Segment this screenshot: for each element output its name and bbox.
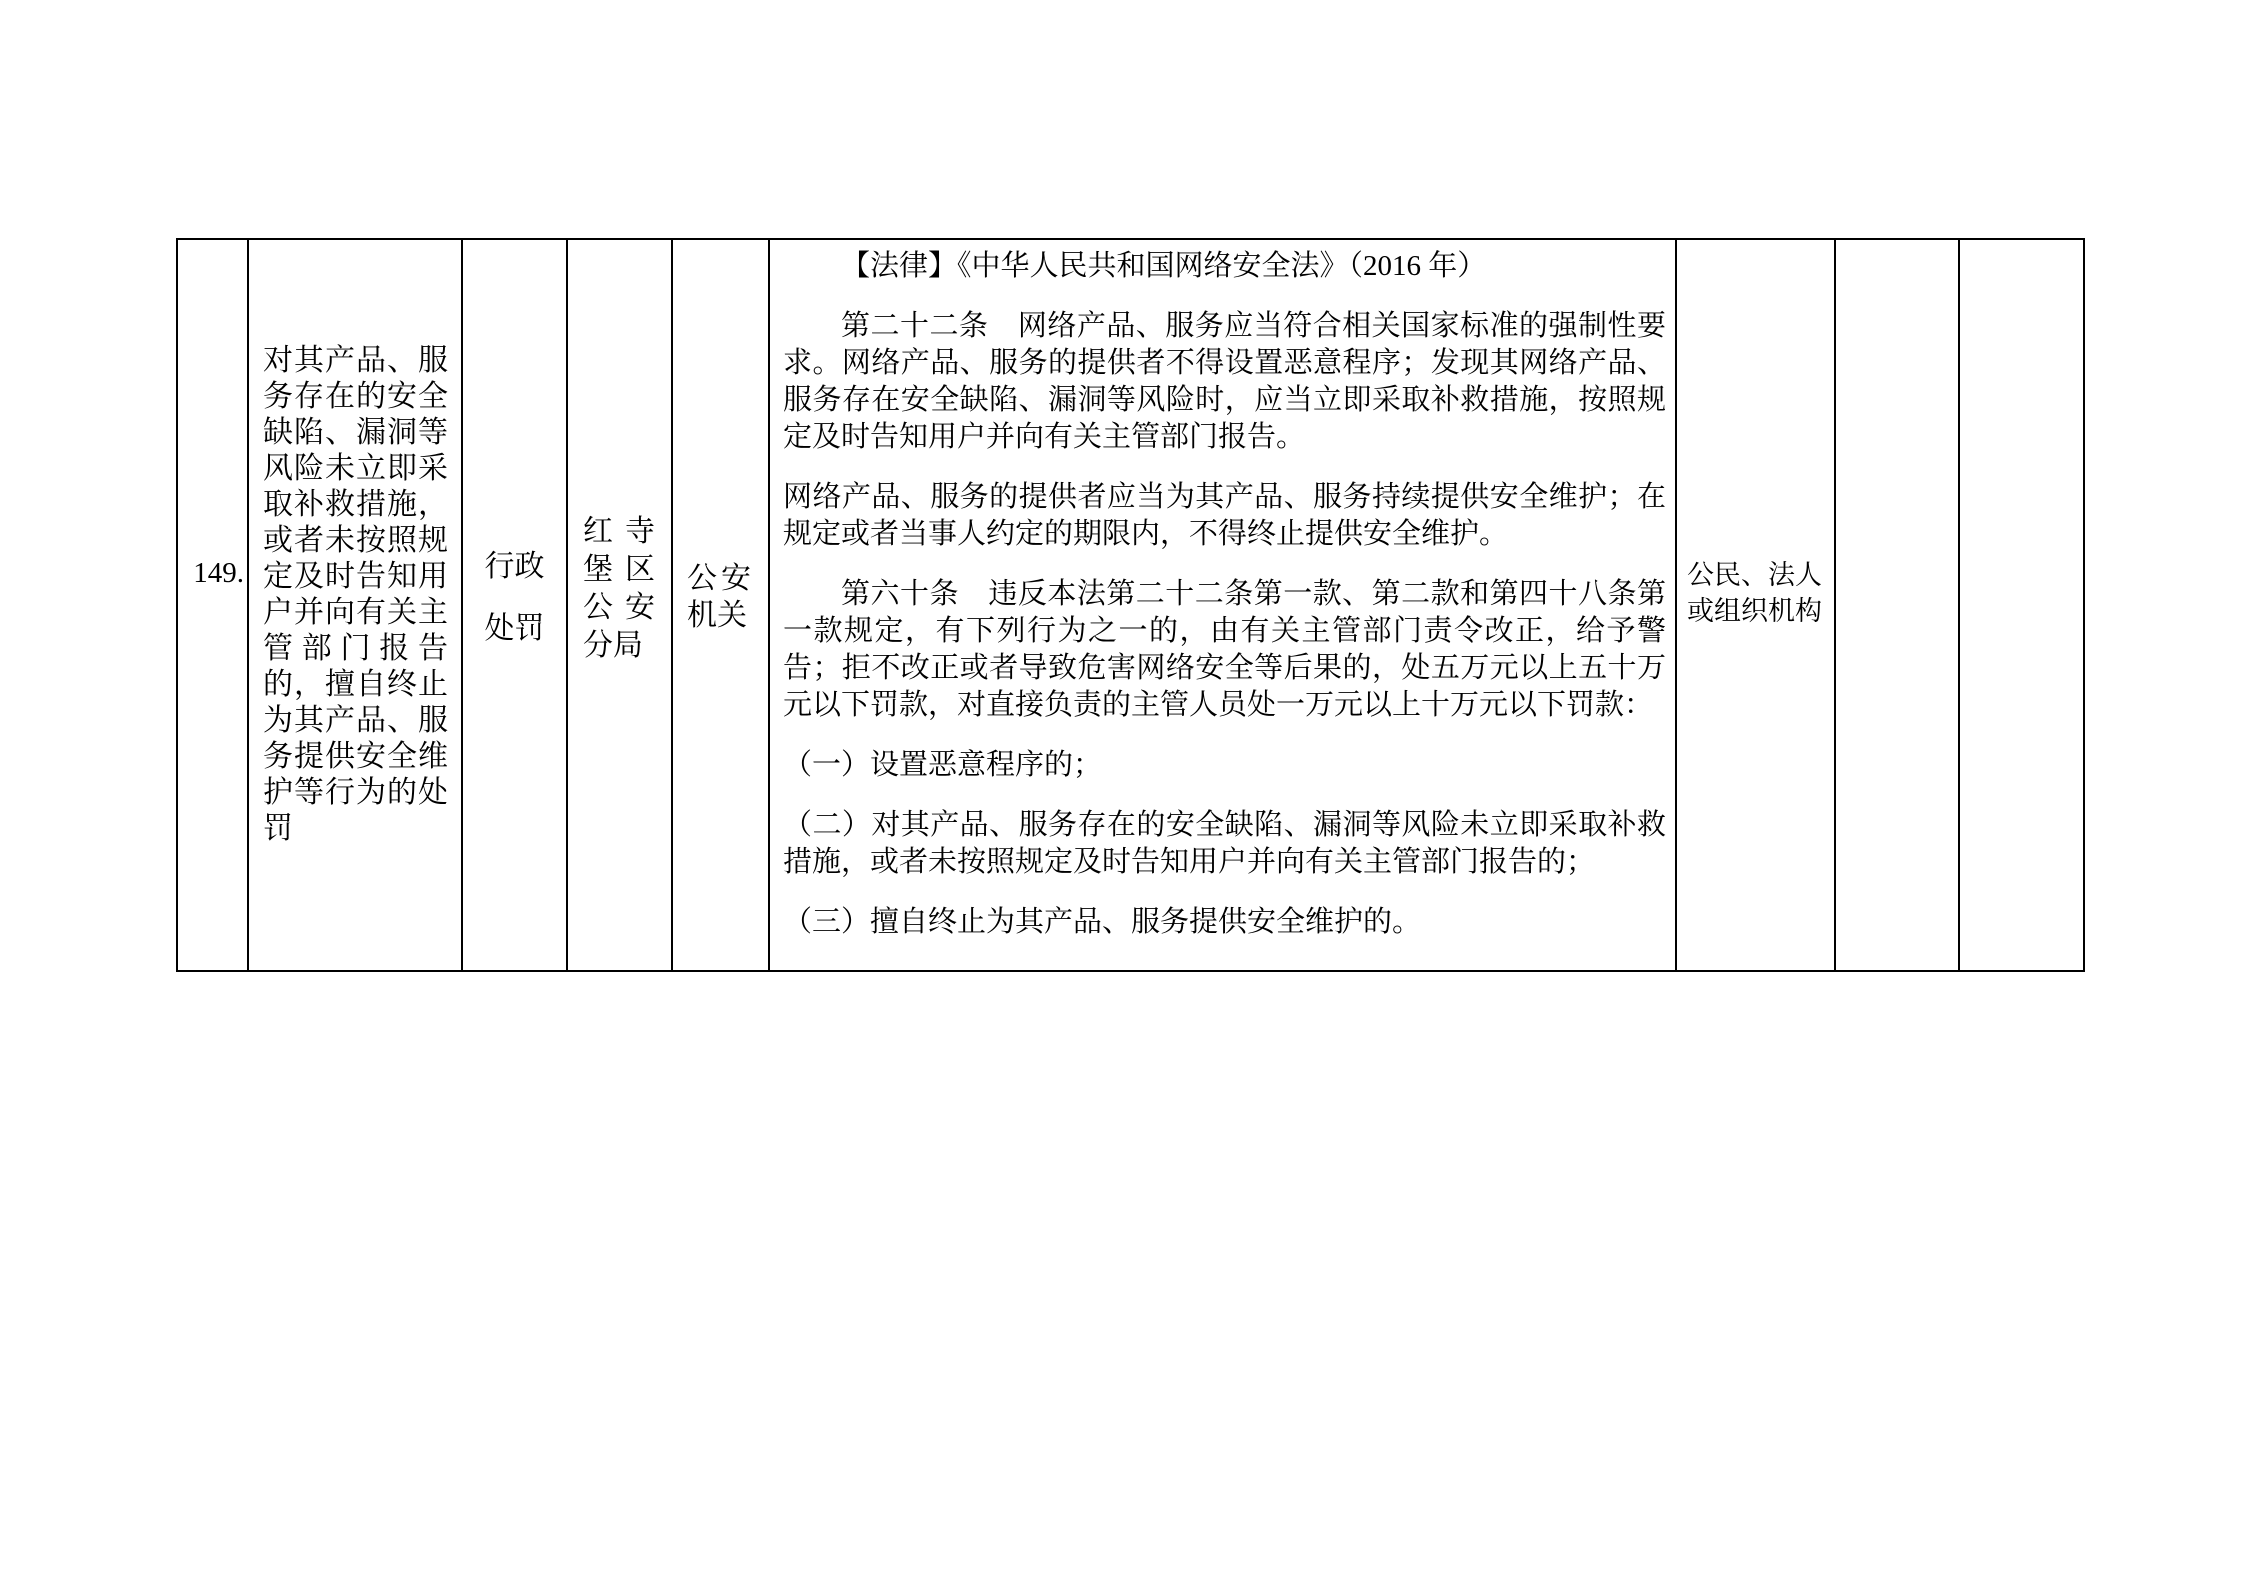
legal-basis-article-22: 第二十二条 网络产品、服务应当符合相关国家标准的强制性要求。网络产品、服务的提供… <box>783 308 1666 456</box>
implementing-agency-cell: 红寺堡区公安分局 <box>568 240 673 970</box>
legal-basis-item-3: （三）擅自终止为其产品、服务提供安全维护的。 <box>783 904 1666 941</box>
empty-cell-2 <box>1960 240 2083 970</box>
legal-basis-law-title: 【法律】《中华人民共和国网络安全法》（2016 年） <box>783 248 1666 285</box>
agency-category-cell: 公安机关 <box>673 240 770 970</box>
legal-basis-item-1: （一）设置恶意程序的； <box>783 747 1666 784</box>
legal-basis-article-60: 第六十条 违反本法第二十二条第一款、第二款和第四十八条第一款规定，有下列行为之一… <box>783 576 1666 724</box>
penalty-type-cell: 行政 处罚 <box>463 240 568 970</box>
empty-cell-1 <box>1836 240 1960 970</box>
row-number-cell: 149. <box>178 240 249 970</box>
penalty-items-table: 149. 对其产品、服务存在的安全缺陷、漏洞等风险未立即采取补救措施，或者未按照… <box>176 238 2085 972</box>
penalty-target-cell: 公民、法人 或组织机构 <box>1677 240 1836 970</box>
legal-basis-item-2: （二）对其产品、服务存在的安全缺陷、漏洞等风险未立即采取补救措施，或者未按照规定… <box>783 807 1666 881</box>
legal-basis-article-22-para2: 网络产品、服务的提供者应当为其产品、服务持续提供安全维护；在规定或者当事人约定的… <box>783 479 1666 553</box>
legal-basis-cell: 【法律】《中华人民共和国网络安全法》（2016 年） 第二十二条 网络产品、服务… <box>770 240 1677 970</box>
penalty-matter-cell: 对其产品、服务存在的安全缺陷、漏洞等风险未立即采取补救措施，或者未按照规定及时告… <box>249 240 463 970</box>
